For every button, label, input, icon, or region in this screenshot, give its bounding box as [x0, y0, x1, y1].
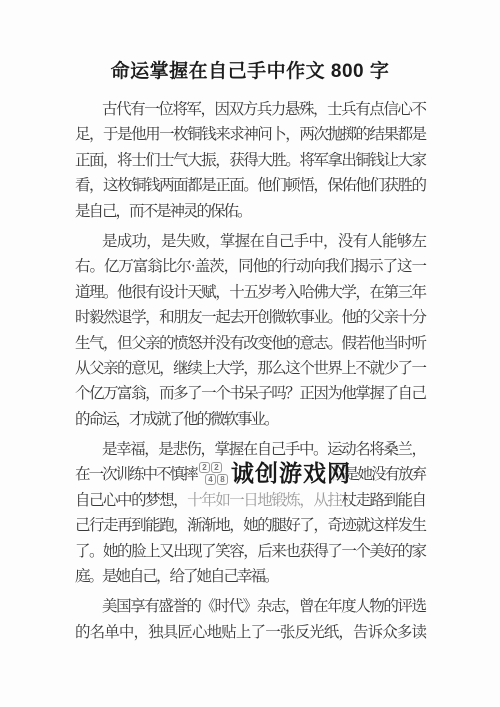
watermark-text: 诚创游戏网 [231, 460, 351, 486]
watermark-logo-grid: 2 2 4 8 [199, 462, 228, 485]
body-line: 道理。他很有设计天赋，十五岁考入哈佛大学，在第三年 [75, 280, 425, 305]
body-line: 庭。是她自己，给了她自己幸福。 [75, 564, 425, 589]
document-page: 命运掌握在自己手中作文 800 字 古代有一位将军，因双方兵力悬殊，士兵有点信心… [0, 0, 500, 707]
body-line: 个亿万富翁，而多了一个书呆子吗？正因为他掌握了自己 [75, 381, 425, 406]
watermark: 2 2 4 8 诚创游戏网 [199, 460, 351, 486]
body-line: 了。她的脸上又出现了笑容，后来也获得了一个美好的家 [75, 539, 425, 564]
body-line: 美国享有盛誉的《时代》杂志，曾在年度人物的评选 [75, 594, 425, 619]
body-line: 己行走再到能跑，渐渐地，她的腿好了，奇迹就这样发生 [75, 513, 425, 538]
body-line: 古代有一位将军，因双方兵力悬殊，士兵有点信心不 [75, 97, 425, 122]
line-left-text: 在一次训练中不慎摔 [75, 462, 197, 487]
line-segment: 十年如一日地锻炼，从拄 [187, 492, 341, 509]
watermark-digit-box: 2 [211, 462, 222, 473]
body-line: 右。亿万富翁比尔·盖茨，同他的行动向我们揭示了这一 [75, 254, 425, 279]
body-line: 时毅然退学，和朋友一起去开创微软事业。他的父亲十分 [75, 305, 425, 330]
watermark-digit-box: 2 [199, 462, 210, 473]
essay-body: 古代有一位将军，因双方兵力悬殊，士兵有点信心不足，于是他用一枚铜钱来求神问卜，两… [75, 97, 425, 645]
watermark-grid-row: 4 8 [205, 474, 228, 485]
body-line: 生气，但父亲的愤怒并没有改变他的意志。假若他当时听 [75, 331, 425, 356]
body-line: 的名单中，独具匠心地贴上了一张反光纸，告诉众多读 [75, 620, 425, 645]
watermark-digit-box: 8 [217, 474, 228, 485]
line-segment: 自己心中的梦想， [75, 492, 187, 509]
body-line: 是幸福，是悲伤，掌握在自己手中。运动名将桑兰， [75, 437, 425, 462]
watermark-grid-row: 2 2 [199, 462, 228, 473]
body-line: 的命运，才成就了他的微软事业。 [75, 407, 425, 432]
page-title: 命运掌握在自己手中作文 800 字 [0, 58, 500, 86]
body-line: 足，于是他用一枚铜钱来求神问卜，两次抛掷的结果都是 [75, 122, 425, 147]
body-line: 正面，将士们士气大振，获得大胜。将军拿出铜钱让大家 [75, 148, 425, 173]
line-segment: 杖走路到能自 [341, 492, 425, 509]
body-line: 从父亲的意见，继续上大学，那么这个世界上不就少了一 [75, 356, 425, 381]
body-line: 自己心中的梦想，十年如一日地锻炼，从拄杖走路到能自 [75, 488, 425, 513]
body-line: 是成功，是失败，掌握在自己手中，没有人能够左 [75, 229, 425, 254]
body-line: 看，这枚铜钱两面都是正面。他们顿悟，保佑他们获胜的 [75, 173, 425, 198]
watermark-digit-box: 4 [205, 474, 216, 485]
body-line: 是自己，而不是神灵的保佑。 [75, 199, 425, 224]
